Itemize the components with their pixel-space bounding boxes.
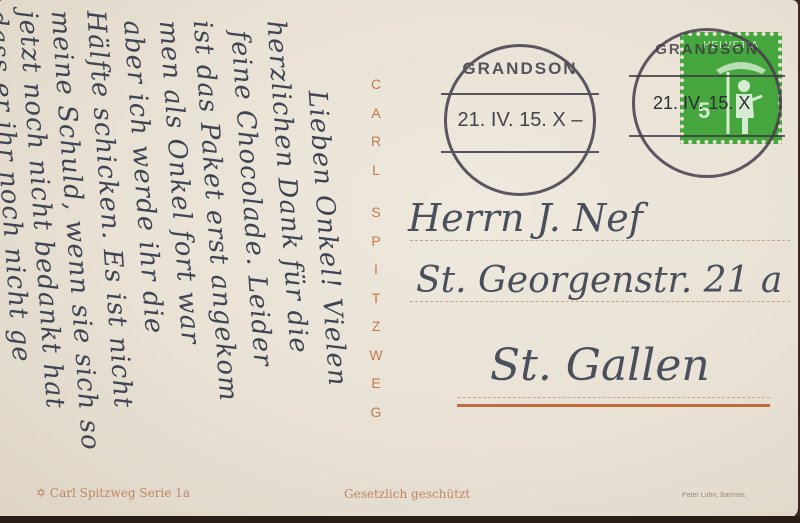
title-letter: T <box>372 284 381 313</box>
postmark: GRANDSON 21. IV. 15. X <box>632 28 782 178</box>
address-line-guide <box>458 397 770 398</box>
title-letter: A <box>371 99 380 128</box>
postmark-band <box>441 151 599 153</box>
title-letter: C <box>371 70 381 99</box>
postmark-band <box>629 135 785 137</box>
address-line-3: St. Gallen <box>490 340 710 391</box>
title-letter: L <box>372 156 380 185</box>
vertical-title: C A R L S P I T Z W E G <box>366 70 386 426</box>
copyright-notice: Gesetzlich geschützt <box>344 487 470 501</box>
star-of-david-icon: ✡ <box>36 486 46 500</box>
address-line-2: St. Georgenstr. 21 a <box>416 260 782 301</box>
postmark-town: GRANDSON <box>635 41 779 58</box>
address-line-guide <box>410 240 790 241</box>
printer-credit: Peter Luhn, Barmen. <box>682 492 747 499</box>
postmark: GRANDSON 21. IV. 15. X – <box>444 44 596 196</box>
title-letter: S <box>371 198 380 227</box>
postmark-date: 21. IV. 15. X – <box>447 109 593 132</box>
postmark-band <box>441 93 599 95</box>
series-label: Carl Spitzweg Serie 1a <box>50 486 190 500</box>
postmark-town: GRANDSON <box>447 59 593 79</box>
card-edge-shadow <box>0 516 800 523</box>
address-line-guide <box>410 301 790 302</box>
postmark-date: 21. IV. 15. X <box>635 93 779 114</box>
address-underline <box>457 404 770 407</box>
title-letter: G <box>371 398 382 427</box>
title-letter: P <box>371 227 380 256</box>
title-letter: Z <box>372 312 381 341</box>
postmark-band <box>629 75 785 77</box>
title-letter: W <box>369 341 382 370</box>
address-line-1: Herrn J. Nef <box>408 196 643 240</box>
title-letter: R <box>371 127 381 156</box>
title-letter: I <box>374 255 378 284</box>
publisher-series: ✡ Carl Spitzweg Serie 1a <box>36 486 190 500</box>
postcard: Lieben Onkel! Vielen herzlichen Dank für… <box>0 0 798 518</box>
title-letter: E <box>371 369 380 398</box>
